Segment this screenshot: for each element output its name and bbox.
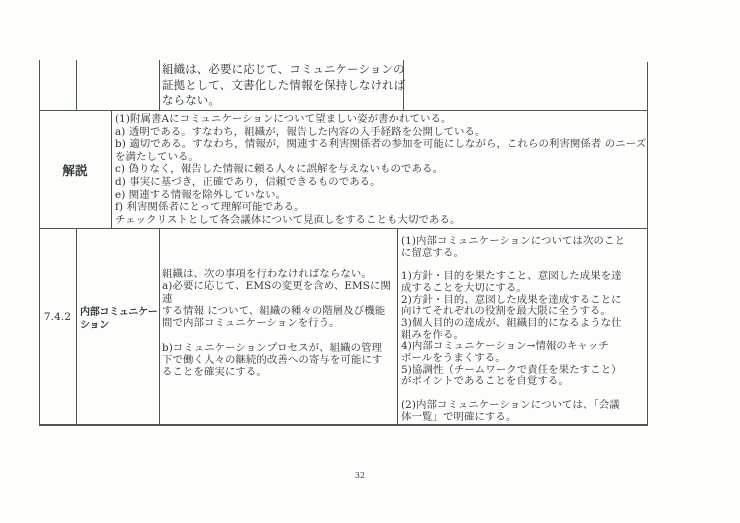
clause-title: 内部コミュニケー ション	[80, 306, 160, 332]
row-divider-2	[39, 228, 648, 229]
table-border-right	[647, 62, 648, 424]
page-number: 32	[350, 471, 370, 480]
column-divider-title-top	[159, 60, 160, 110]
document-page: 組織は、必要に応じて、コミュニケーションの 証拠として、文書化した情報を保持しな…	[0, 0, 740, 523]
commentary-row-text: (1)附属書Aにコミュニケーションについて望ましい姿が書かれている。 a) 透明…	[115, 113, 647, 226]
column-divider-number-top	[76, 60, 77, 110]
column-divider-number-bottom	[76, 228, 77, 424]
table-border-left	[39, 60, 40, 424]
clause-notes-text: (1)内部コミュニケーションについては次のこと に留意する。 1)方針・目的を果…	[401, 236, 647, 423]
row-divider-1	[39, 110, 648, 111]
clause-requirement-text: 組織は、次の事項を行わなければならない。 a)必要に応じて、EMSの変更を含め、…	[162, 268, 400, 379]
clause-number: 7.4.2	[39, 311, 76, 323]
continuation-requirement-text: 組織は、必要に応じて、コミュニケーションの 証拠として、文書化した情報を保持しな…	[162, 62, 414, 109]
table-border-bottom	[39, 424, 648, 426]
commentary-label-divider	[111, 110, 112, 228]
commentary-row-label: 解説	[39, 161, 111, 179]
